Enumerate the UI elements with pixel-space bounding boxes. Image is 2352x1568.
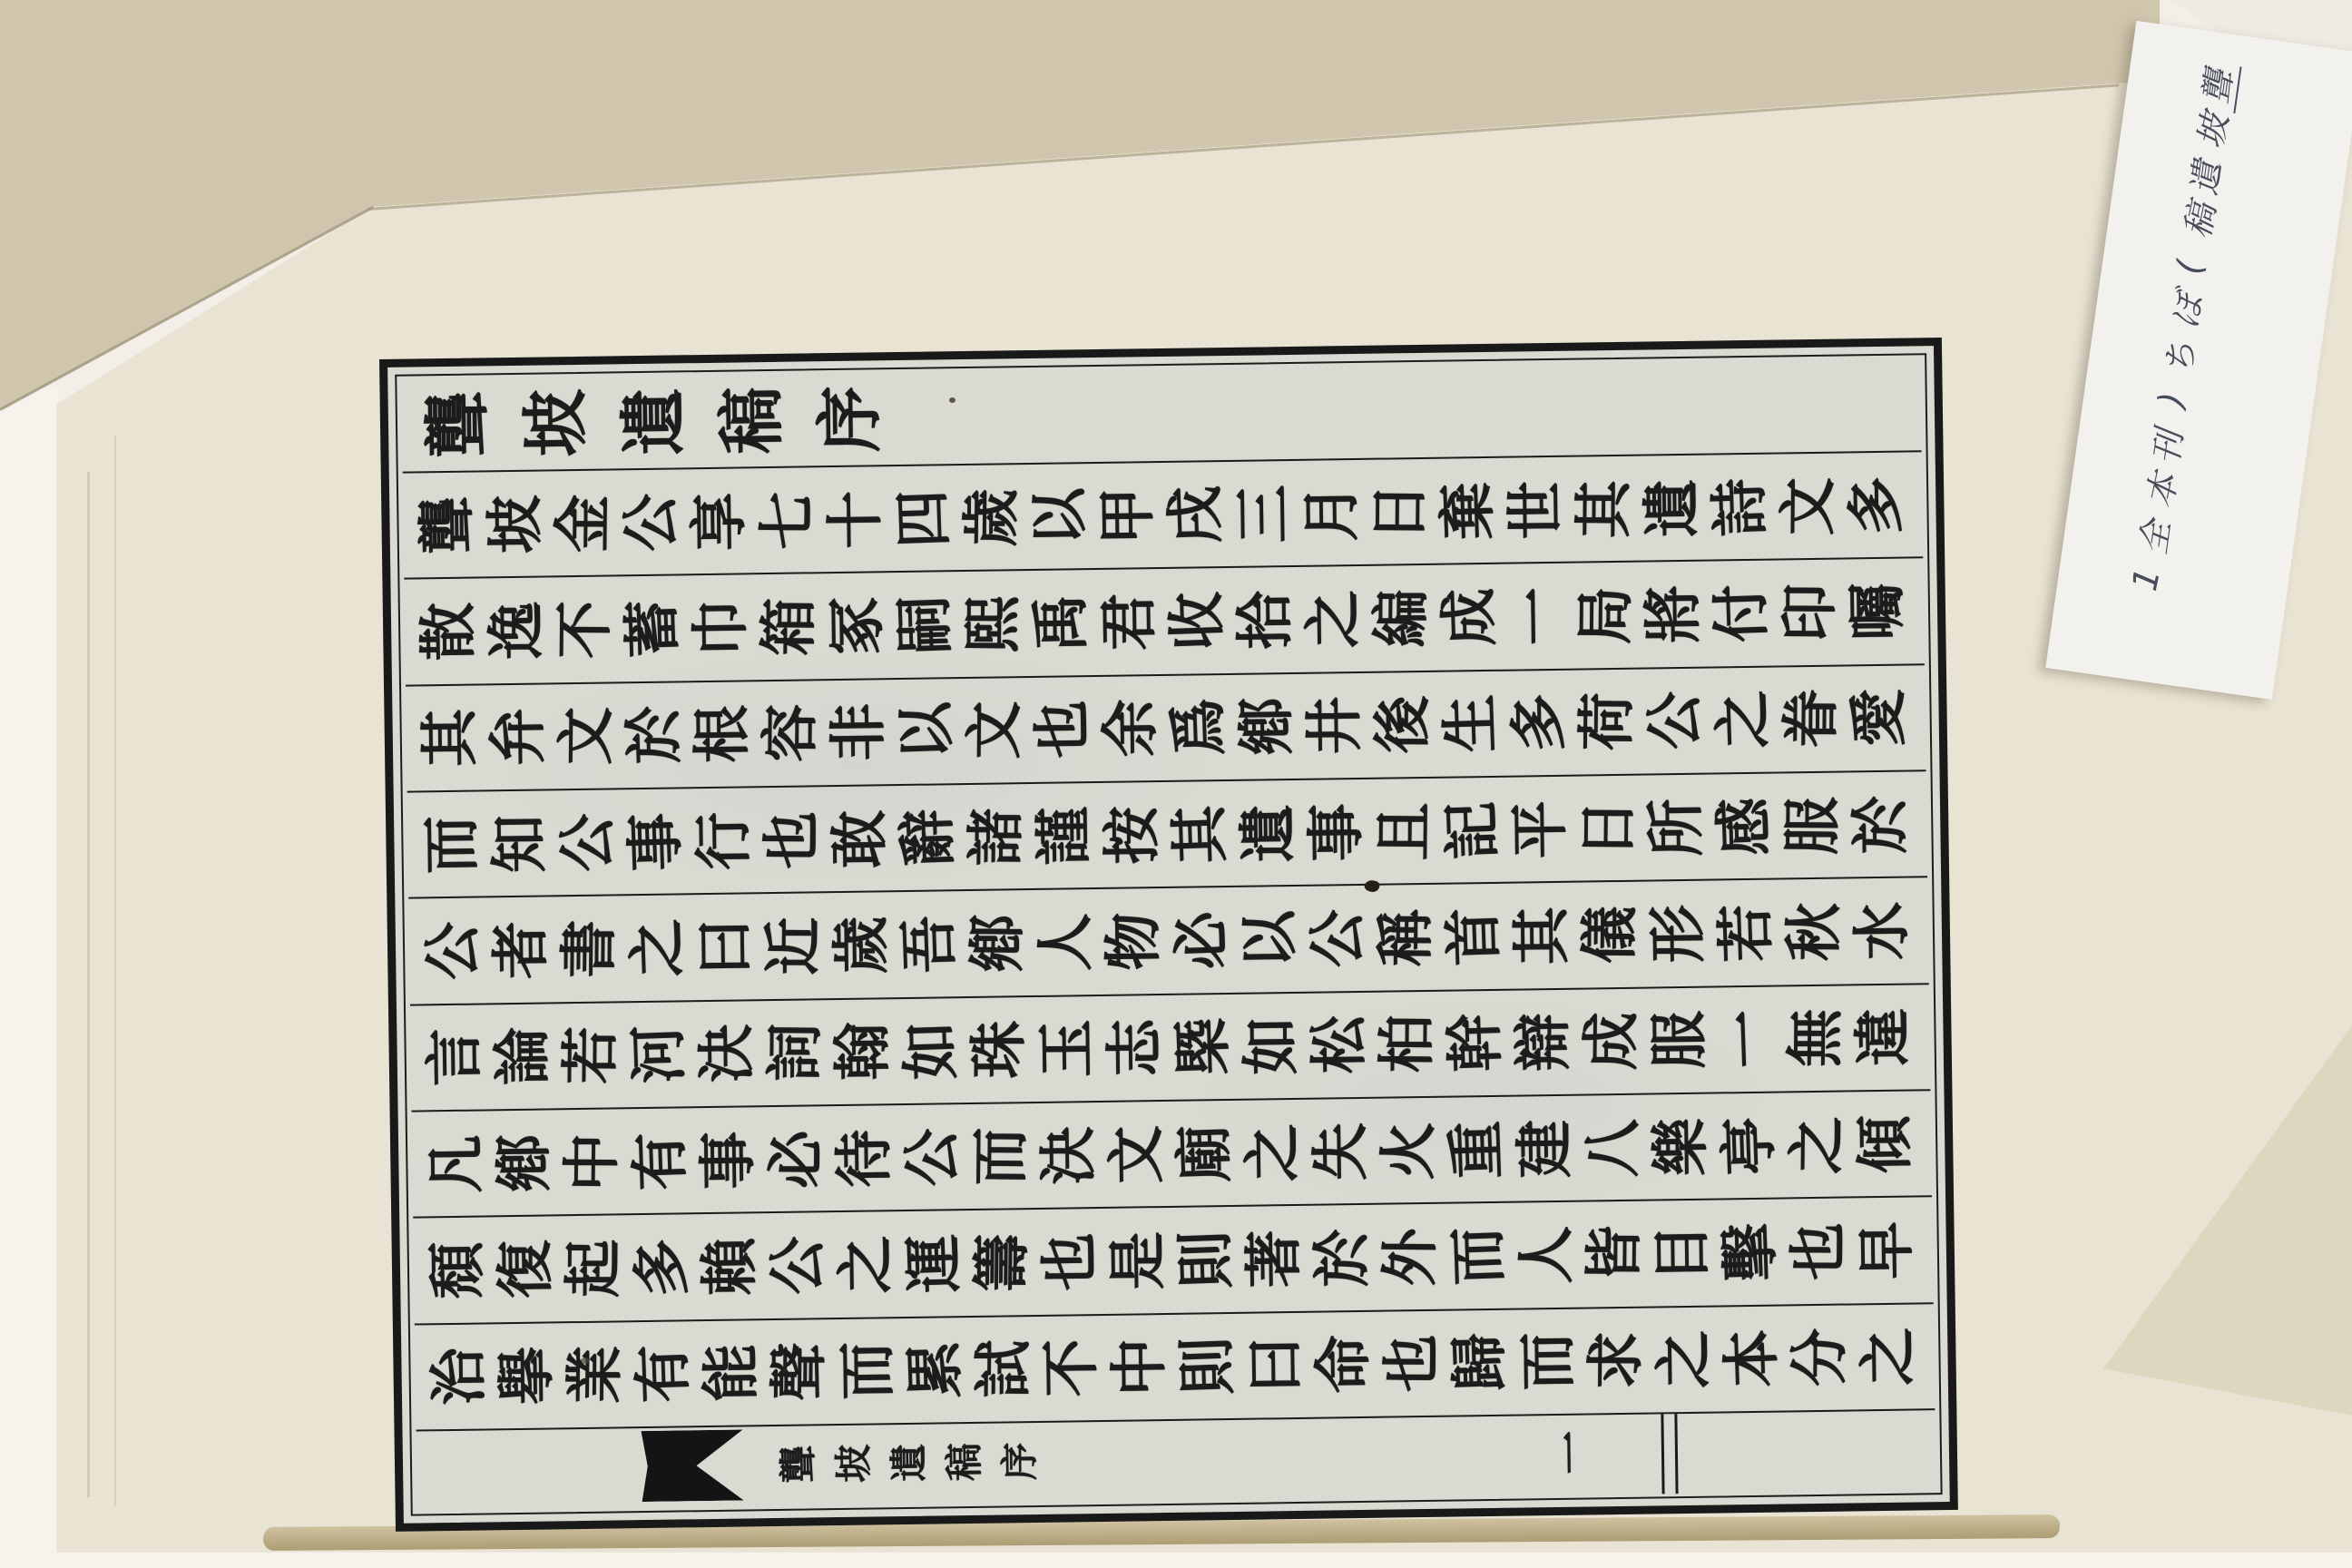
glyph: 也 [1788, 1220, 1852, 1284]
page-fore-edge-line [114, 436, 116, 1506]
text-grid: 聾坡遺稿序 聾坡金公享七十四歲以甲戌三月日棄世其遺詩文多散逸不蓄巾箱冢嗣熙禹君收… [401, 358, 1935, 1511]
glyph: 違 [1852, 1005, 1916, 1070]
glyph: 付 [1710, 581, 1775, 646]
glyph: 一 [1506, 584, 1571, 649]
text-column-6: 言論若河決詞翰如珠玉志槩如松柏幹辯成服一無違 [410, 985, 1930, 1112]
glyph: 公 [422, 918, 486, 983]
glyph: 文 [554, 704, 619, 769]
glyph: 根 [691, 702, 755, 767]
glyph: 也 [1031, 697, 1095, 761]
glyph: 諸 [965, 805, 1029, 869]
glyph: 曰 [694, 915, 759, 979]
glyph: 後 [1371, 692, 1436, 757]
text-column-7: 凡鄕中有事必待公而決文廟之失火重建八樂亭之傾 [412, 1091, 1932, 1219]
glyph: 遺 [883, 1439, 931, 1487]
glyph: 聾 [414, 386, 491, 463]
glyph: 而 [969, 1124, 1034, 1189]
glyph: 熙 [962, 592, 1026, 656]
glyph: 將 [1642, 583, 1707, 647]
glyph: 生 [1439, 691, 1504, 756]
glyph: 逸 [485, 598, 550, 662]
glyph: 嗣 [893, 592, 958, 657]
glyph: 是 [1106, 1229, 1171, 1293]
glyph: 成 [1437, 584, 1503, 650]
glyph: 樂 [1650, 1114, 1714, 1179]
glyph: 河 [627, 1022, 692, 1087]
glyph: 收 [1165, 588, 1230, 653]
text-column-8: 頹復起多賴公之運籌也是則著於外而人皆目擊也早 [413, 1197, 1933, 1325]
glyph: ) [2144, 372, 2199, 427]
glyph: 爲 [1167, 695, 1232, 760]
text-column-2: 散逸不蓄巾箱冢嗣熙禹君收拾之編成一局將付印囑 [404, 559, 1924, 687]
glyph: 柏 [1376, 1012, 1440, 1076]
glyph: 不 [1040, 1336, 1104, 1400]
glyph: 能 [700, 1340, 764, 1405]
glyph: 起 [563, 1236, 627, 1300]
glyph: 稿 [2170, 192, 2224, 248]
glyph: 多 [1507, 691, 1572, 755]
glyph: 於 [1849, 792, 1914, 857]
glyph: 曰 [1244, 1333, 1308, 1397]
text-column-1: 聾坡金公享七十四歲以甲戌三月日棄世其遺詩文多 [403, 452, 1923, 580]
glyph: 謹 [1033, 804, 1097, 868]
glyph: 編 [1370, 586, 1435, 651]
glyph: 文 [1777, 474, 1841, 538]
glyph: 玉 [1035, 1016, 1100, 1081]
glyph: 頹 [426, 1238, 491, 1302]
glyph: 書 [558, 916, 622, 981]
glyph: 享 [688, 489, 752, 554]
glyph: 賴 [699, 1234, 763, 1298]
glyph: 一 [1715, 1006, 1780, 1072]
glyph: 而 [1446, 1223, 1512, 1289]
glyph: 而 [1516, 1329, 1581, 1394]
glyph: 其 [1511, 904, 1575, 968]
glyph: 坡 [2182, 103, 2237, 158]
glyph: 余 [1099, 696, 1163, 760]
glyph: 眷 [1779, 687, 1844, 751]
glyph: 容 [759, 701, 823, 766]
glyph: 試 [972, 1337, 1036, 1401]
glyph: 本 [2131, 462, 2186, 517]
glyph: 著 [1242, 1227, 1307, 1291]
glyph: 必 [1170, 907, 1235, 973]
glyph: 以 [1028, 485, 1093, 549]
glyph: 公 [767, 1233, 831, 1298]
text-column-4: 而知公事行也敢辭諸謹按其遺事且記平日所感服於 [407, 771, 1927, 899]
glyph: 翰 [831, 1019, 896, 1083]
glyph: 而 [836, 1338, 900, 1403]
glyph: 歲 [830, 913, 895, 977]
glyph: 水 [1850, 898, 1915, 963]
glyph: 坡 [828, 1439, 876, 1487]
glyph: 成 [1580, 1009, 1644, 1073]
glyph: 弁 [486, 705, 551, 769]
glyph: 皆 [1583, 1222, 1648, 1287]
glyph: 聾 [416, 493, 480, 557]
glyph: 冢 [826, 593, 890, 658]
glyph: 早 [1855, 1218, 1919, 1282]
printed-border-frame: 聾坡遺稿序 聾坡金公享七十四歲以甲戌三月日棄世其遺詩文多散逸不蓄巾箱冢嗣熙禹君收… [379, 338, 1958, 1532]
glyph: 以 [895, 699, 960, 764]
glyph: 甲 [1096, 484, 1161, 548]
glyph: ぼ [2157, 282, 2211, 338]
glyph: 禹 [1030, 591, 1094, 655]
glyph: 秋 [1783, 900, 1847, 965]
glyph: 文 [963, 699, 1027, 763]
glyph: 荷 [1575, 690, 1640, 754]
text-column-9: 治擧業有能聲而累試不中則曰命也歸而求之本分之 [415, 1304, 1935, 1432]
glyph: 命 [1312, 1332, 1377, 1396]
fold-title: 聾坡遺稿序 [772, 1437, 1050, 1488]
glyph: 稱 [1375, 906, 1439, 970]
glyph: 之 [1302, 587, 1367, 652]
glyph: 松 [1308, 1013, 1372, 1077]
glyph: 之 [834, 1232, 898, 1297]
glyph: 1 [2119, 552, 2173, 607]
glyph: 業 [563, 1343, 628, 1407]
glyph: 凡 [425, 1132, 489, 1196]
glyph: 聾 [772, 1440, 820, 1488]
glyph: 服 [1781, 793, 1846, 857]
glyph: 形 [1646, 902, 1710, 966]
glyph: 有 [628, 1128, 693, 1193]
glyph: 印 [1779, 581, 1843, 645]
glyph: 拾 [1234, 588, 1298, 652]
glyph: 十 [824, 487, 888, 552]
glyph: 不 [554, 597, 618, 661]
glyph: 井 [1303, 693, 1367, 758]
glyph: 平 [1509, 797, 1573, 861]
glyph: 擊 [1719, 1220, 1784, 1285]
glyph: 坡 [512, 385, 589, 462]
glyph: 歸 [1447, 1329, 1513, 1395]
glyph: 復 [495, 1237, 559, 1301]
glyph: 外 [1379, 1225, 1444, 1289]
glyph: 鄕 [966, 911, 1031, 975]
glyph: 而 [420, 812, 485, 877]
glyph: 之 [1786, 1112, 1850, 1177]
glyph: 文 [1105, 1122, 1170, 1187]
glyph: 廟 [1172, 1121, 1238, 1186]
glyph: 以 [1239, 907, 1303, 972]
glyph: 且 [1373, 799, 1437, 864]
glyph: 八 [1582, 1115, 1646, 1180]
table-surface-left [0, 388, 58, 1568]
glyph: 失 [1309, 1119, 1374, 1183]
glyph: 記 [1440, 798, 1505, 863]
glyph: 傾 [1854, 1112, 1918, 1176]
glyph: 本 [1720, 1326, 1785, 1391]
glyph: 中 [1108, 1335, 1172, 1399]
glyph: 則 [1174, 1227, 1240, 1292]
glyph: 三 [1232, 482, 1297, 546]
glyph: 蓄 [621, 596, 686, 661]
glyph: 公 [556, 810, 621, 875]
glyph: 珠 [967, 1017, 1032, 1082]
glyph: 四 [891, 485, 956, 551]
glyph: 則 [1175, 1333, 1240, 1398]
glyph: 運 [902, 1230, 967, 1296]
glyph: 遺 [610, 383, 687, 460]
glyph: 火 [1377, 1118, 1442, 1182]
glyph: 巾 [690, 595, 754, 660]
glyph: 也 [1380, 1331, 1445, 1396]
glyph: 金 [552, 491, 616, 555]
glyph: 序 [806, 380, 883, 457]
glyph: 月 [1300, 481, 1365, 545]
glyph: 其 [1573, 476, 1637, 541]
glyph: 按 [1101, 803, 1165, 867]
glyph: 遺 [1641, 475, 1705, 540]
glyph: 也 [1038, 1230, 1102, 1294]
glyph: 散 [417, 599, 482, 663]
glyph: 箱 [758, 594, 822, 659]
text-column-3: 其弁文於根容非以文也余爲鄕井後生多荷公之眷愛 [406, 665, 1926, 793]
glyph: 非 [827, 700, 891, 764]
glyph: 志 [1103, 1015, 1168, 1080]
glyph: 建 [1514, 1116, 1578, 1181]
glyph: 於 [1310, 1226, 1375, 1290]
glyph: 行 [692, 808, 757, 873]
glyph: 有 [631, 1341, 696, 1406]
glyph: 如 [898, 1018, 964, 1083]
glyph: 公 [619, 489, 684, 554]
glyph: 重 [1445, 1117, 1510, 1182]
glyph: 局 [1574, 583, 1639, 648]
ink-speck [581, 1357, 589, 1364]
glyph: 事 [1305, 799, 1369, 864]
glyph: 人 [1514, 1223, 1579, 1288]
glyph: 歲 [960, 485, 1024, 550]
glyph: 七 [756, 488, 820, 553]
text-column-5: 公者書之曰近歲吾鄕人物必以公稱首其儀形若秋水 [408, 878, 1928, 1006]
page-fore-edge-line [87, 472, 90, 1497]
glyph: 待 [833, 1126, 897, 1191]
glyph: 一 [1543, 1427, 1593, 1477]
glyph: 物 [1102, 909, 1167, 974]
glyph: 多 [1845, 473, 1909, 537]
glyph: 其 [1168, 801, 1233, 867]
glyph: 者 [490, 917, 554, 982]
glyph: 無 [1784, 1006, 1848, 1071]
glyph: 其 [418, 706, 483, 770]
glyph: 所 [1645, 795, 1710, 859]
glyph: 服 [1648, 1008, 1712, 1073]
glyph: 序 [994, 1437, 1042, 1485]
page-number: 一 [1543, 1427, 1593, 1477]
glyph: 如 [1240, 1014, 1304, 1078]
glyph: 詩 [1708, 475, 1773, 540]
glyph: 亭 [1717, 1112, 1782, 1178]
glyph: 聲 [768, 1340, 832, 1405]
glyph: 辯 [1512, 1010, 1576, 1074]
glyph: 之 [625, 916, 691, 981]
glyph: 中 [561, 1130, 625, 1194]
glyph: 坡 [484, 492, 548, 556]
glyph: 論 [491, 1024, 555, 1089]
glyph: 之 [1710, 687, 1776, 752]
glyph: 辭 [896, 805, 961, 870]
glyph: 分 [1788, 1326, 1853, 1390]
handwritten-note: 聾坡遺稿(ぼち)刊本全1 [2119, 60, 2241, 607]
glyph: 敢 [828, 807, 893, 871]
glyph: 知 [488, 811, 553, 876]
glyph: 人 [1034, 910, 1099, 975]
glyph: 公 [1307, 906, 1371, 971]
glyph: 公 [1643, 689, 1708, 753]
glyph: 戌 [1163, 482, 1229, 547]
fishtail-mark-icon [642, 1429, 744, 1502]
glyph: 儀 [1579, 903, 1643, 967]
glyph: 目 [1651, 1221, 1715, 1286]
ink-speck [949, 397, 955, 403]
glyph: 多 [630, 1234, 695, 1299]
glyph: 求 [1584, 1328, 1649, 1393]
glyph: 決 [695, 1022, 759, 1086]
glyph: 之 [1857, 1325, 1921, 1389]
glyph: 世 [1504, 477, 1569, 542]
glyph: 也 [760, 808, 825, 872]
glyph: 公 [900, 1124, 965, 1190]
glyph: 稿 [938, 1438, 986, 1486]
glyph: 鄕 [1235, 694, 1299, 759]
glyph: 幹 [1443, 1010, 1508, 1075]
glyph: 日 [1577, 796, 1641, 860]
glyph: 必 [765, 1127, 829, 1191]
glyph: 稿 [708, 382, 785, 459]
glyph: 事 [697, 1128, 761, 1192]
glyph: 擧 [495, 1344, 560, 1408]
glyph: 近 [762, 914, 827, 978]
glyph: 棄 [1436, 478, 1501, 544]
glyph: 若 [559, 1024, 623, 1088]
glyph: 事 [623, 808, 689, 874]
glyph: 遺 [1237, 801, 1301, 866]
glyph: 言 [423, 1025, 487, 1090]
fold-divider-lines [1661, 1414, 1678, 1494]
glyph: 籌 [971, 1230, 1035, 1295]
glyph: 愛 [1847, 686, 1912, 750]
glyph: 之 [1652, 1328, 1717, 1392]
glyph: 於 [622, 702, 688, 768]
glyph: 囑 [1847, 579, 1911, 643]
glyph: 詞 [763, 1021, 828, 1085]
glyph: 累 [903, 1338, 968, 1403]
glyph: 槩 [1171, 1014, 1236, 1079]
glyph: 君 [1098, 590, 1162, 654]
glyph: 若 [1714, 900, 1779, 965]
glyph: 日 [1368, 480, 1433, 544]
glyph: 鄕 [493, 1131, 557, 1195]
glyph: 首 [1442, 904, 1507, 969]
glyph: 治 [427, 1345, 492, 1409]
glyph: 感 [1712, 793, 1778, 858]
book-photograph: 聾坡遺稿序 聾坡金公享七十四歲以甲戌三月日棄世其遺詩文多散逸不蓄巾箱冢嗣熙禹君收… [0, 0, 2352, 1568]
glyph: 決 [1037, 1123, 1102, 1188]
glyph: 之 [1241, 1120, 1306, 1184]
glyph: 吾 [897, 911, 963, 976]
